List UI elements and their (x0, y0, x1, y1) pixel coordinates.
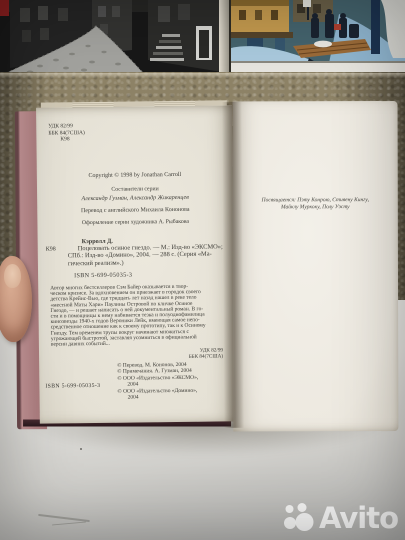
thumb-nail (4, 264, 21, 288)
copyright-list: © Перевод. М. Кононов, 2004 © Примечания… (117, 362, 198, 401)
couch-edge-highlight (0, 73, 405, 78)
canal-painting (231, 0, 405, 73)
isbn-bottom: ISBN 5-699-05035-3 (45, 383, 100, 391)
copyright-item-cont: 2004 (118, 394, 199, 401)
painting-frame-edge (219, 0, 229, 74)
left-page: УДК 82/99 ББК 84(7США) К98 Copyright © 1… (36, 105, 236, 423)
annotation-line: версии давних событий... (51, 339, 247, 347)
bbk-code-bottom: ББК 84(7США) (189, 353, 223, 359)
dedication-line: Майклу Муркоку, Полу Уэсту (233, 204, 398, 211)
translation-credit: Перевод с английского Михаила Кононова (37, 206, 233, 215)
dedication: Посвящается: Пэту Конрою, Стивену Кингу,… (233, 197, 398, 211)
compilers-label: Составители серии (37, 185, 233, 194)
classification-block: УДК 82/99 ББК 84(7США) К98 (48, 123, 85, 143)
avito-logo-icon (283, 503, 314, 533)
photo-scene: УДК 82/99 ББК 84(7США) К98 Copyright © 1… (0, 0, 405, 540)
biblio-code: К98 (46, 246, 56, 253)
classification-block-bottom: УДК 82/99 ББК 84(7США) (189, 347, 224, 359)
book-gutter-shadow (222, 102, 244, 428)
biblio-line: гический реализм».) (68, 258, 228, 267)
surface-speck (80, 448, 82, 450)
avito-watermark: Avito (283, 503, 398, 533)
copyright-line: Copyright © 1998 by Jonathan Carroll (37, 171, 233, 180)
annotation: Автор многих бестселлеров Сэм Байер оказ… (50, 283, 246, 347)
isbn: ISBN 5-699-05035-3 (74, 272, 132, 280)
compilers-names: Александр Гузман, Александр Жикаренцев (37, 194, 233, 203)
street-painting (0, 0, 222, 76)
author-code: К98 (48, 136, 85, 143)
avito-wordmark: Avito (319, 504, 398, 533)
right-page: Посвящается: Пэту Конрою, Стивену Кингу,… (233, 101, 399, 431)
open-book: УДК 82/99 ББК 84(7США) К98 Copyright © 1… (11, 97, 401, 448)
design-credit: Оформление серии художника А. Рыбакова (37, 218, 233, 227)
bibliographic-record: Поцеловать осиное гнездо. — М.: Изд-во «… (68, 243, 228, 267)
